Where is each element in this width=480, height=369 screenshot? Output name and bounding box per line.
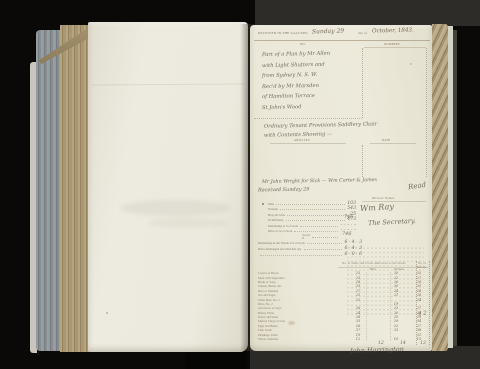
date-rule xyxy=(370,143,416,144)
stats-total-value: 746 xyxy=(342,231,352,237)
book-cover-right-edge xyxy=(453,30,457,346)
stats-rows: Men103Women543Boys & Girls25In Infirmary… xyxy=(268,200,356,233)
page-block-fore-edge-right-woven xyxy=(432,24,448,351)
officers-header: Officers' Names xyxy=(372,196,394,200)
stain-blotch xyxy=(288,321,295,325)
dotted-leader xyxy=(300,226,338,227)
right-page-ledger: Received in the Gallery, Sunday 29 day o… xyxy=(250,25,432,351)
diet-value-rations: 13 xyxy=(408,337,430,341)
articles-rule xyxy=(270,143,346,144)
header-rule xyxy=(254,40,430,41)
ink-showthrough-smudge xyxy=(148,218,228,228)
empty-section-divider xyxy=(362,145,363,177)
secretary-title: The Secretary. xyxy=(368,217,416,227)
entry2-lines: Ordinary Tenant Provisions Saddlery Chai… xyxy=(264,121,432,139)
header-month-year-handwritten: October, 1843. xyxy=(372,27,414,34)
left-page-blank xyxy=(88,22,248,352)
header-day-handwritten: Sunday 29 xyxy=(312,27,344,35)
dotted-leader xyxy=(294,231,338,232)
col-header-numbers: NUMBERS xyxy=(384,42,400,46)
diet-total-3: 13 xyxy=(420,341,426,346)
diet-row-label: Extras, Sundries xyxy=(258,337,332,341)
dotted-leader xyxy=(280,209,345,210)
diet-table-rows: Loaves of Bread232025Meat with Vegetable… xyxy=(258,271,430,341)
right-margin-divider xyxy=(426,48,427,177)
entry1-lines: Part of a Plan by Mr Allenwith Light Shu… xyxy=(262,49,364,112)
foxing-speck xyxy=(410,63,412,65)
diet-value-men: 12 xyxy=(332,337,384,341)
page-crease xyxy=(92,83,244,85)
officers-rule xyxy=(362,201,426,202)
dotted-leader xyxy=(260,255,342,256)
page-header-printed: Received in the Gallery, xyxy=(258,31,308,35)
read-flourish: Read xyxy=(408,181,427,191)
background-panel-top-right xyxy=(255,0,480,26)
margin-annotation: 4 2 xyxy=(418,311,427,318)
dotted-leader xyxy=(287,215,348,216)
dotted-leader xyxy=(307,243,343,244)
foxing-speck xyxy=(302,237,304,239)
articles-label: ARTICLES xyxy=(294,138,310,142)
page-block-fore-edge-tan xyxy=(60,25,89,352)
foxing-speck xyxy=(106,312,108,314)
stats-total-leader xyxy=(312,237,338,238)
ink-speck xyxy=(262,203,264,205)
col-header-left: No. xyxy=(300,42,306,46)
ledger-photograph: Received in the Gallery, Sunday 29 day o… xyxy=(0,0,480,369)
secretary-signature: Wm Ray xyxy=(360,202,394,213)
dotted-leader xyxy=(286,220,346,221)
dotted-leader xyxy=(276,204,345,205)
header-day-of-printed: day of xyxy=(358,31,367,35)
entry1-line: St John's Wood xyxy=(262,100,364,113)
page-block-fore-edge-left xyxy=(36,30,61,351)
numbers-col-rule xyxy=(364,47,426,48)
ink-showthrough-smudge xyxy=(120,200,230,216)
receipt-line1: Mr John Wright for Sick — Wm Carter & Ja… xyxy=(262,178,377,185)
receipt-line2: Received Sunday 29 xyxy=(258,187,310,194)
dotted-leader xyxy=(304,249,343,250)
date-label: DATE xyxy=(382,138,390,142)
stats-side-total: 746 xyxy=(344,215,353,220)
entry-box-bottom-rule xyxy=(254,118,362,119)
stats-label: Ditto at 12 o'Clock xyxy=(268,229,292,233)
